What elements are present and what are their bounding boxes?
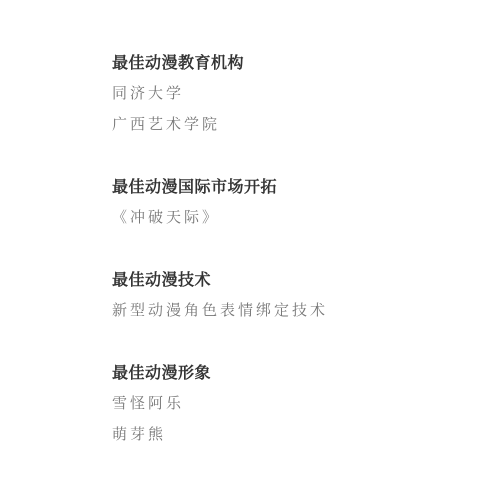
award-winner: 萌芽熊: [112, 420, 460, 451]
award-section-technology: 最佳动漫技术 新型动漫角色表情绑定技术: [112, 265, 460, 327]
award-section-character-image: 最佳动漫形象 雪怪阿乐 萌芽熊: [112, 358, 460, 451]
award-category-heading: 最佳动漫教育机构: [112, 48, 460, 79]
award-category-heading: 最佳动漫国际市场开拓: [112, 172, 460, 203]
award-winner: 广西艺术学院: [112, 110, 460, 141]
award-section-international-market: 最佳动漫国际市场开拓 《冲破天际》: [112, 172, 460, 234]
award-winner: 新型动漫角色表情绑定技术: [112, 296, 460, 327]
award-winner: 《冲破天际》: [112, 203, 460, 234]
award-article: 最佳动漫教育机构 同济大学 广西艺术学院 最佳动漫国际市场开拓 《冲破天际》 最…: [0, 0, 500, 451]
award-category-heading: 最佳动漫形象: [112, 358, 460, 389]
award-winner: 同济大学: [112, 79, 460, 110]
award-winner: 雪怪阿乐: [112, 389, 460, 420]
award-category-heading: 最佳动漫技术: [112, 265, 460, 296]
award-section-education: 最佳动漫教育机构 同济大学 广西艺术学院: [112, 48, 460, 141]
